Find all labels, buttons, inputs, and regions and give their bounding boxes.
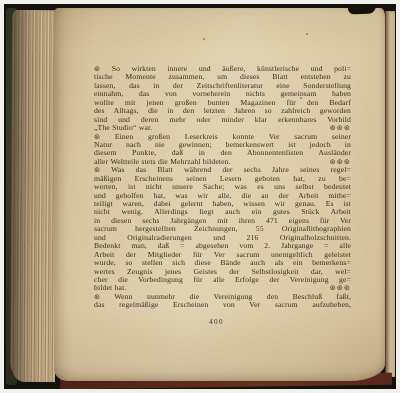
book-photo: ⊛ So wirkten innere und äußere, künstler… (4, 4, 396, 389)
screenshot-frame: ⊛ So wirkten innere und äußere, künstler… (0, 0, 400, 393)
book-page: ⊛ So wirkten innere und äußere, künstler… (54, 8, 385, 381)
line-text: Was das Blatt während der sechs Jahre se… (111, 165, 351, 174)
text-block: ⊛ So wirkten innere und äußere, künstler… (94, 65, 351, 310)
paragraph: ⊛ So wirkten innere und äußere, künstler… (94, 65, 351, 133)
next-page-edge (385, 11, 395, 377)
page-number: 400 (88, 318, 345, 326)
text-line: cher die Vorbedingung für alle Erfolge d… (94, 276, 351, 284)
dust-speck (306, 33, 308, 35)
dust-speck (203, 38, 205, 40)
paragraph: ⊛ Wenn nunmehr die Vereinigung den Besch… (94, 293, 351, 310)
paragraph: ⊛ Was das Blatt während der sechs Jahre … (94, 166, 351, 293)
page-edge-stack (10, 10, 57, 382)
text-line: das regelmäßige Erscheinen von Ver sacru… (94, 301, 351, 309)
paragraph: ⊛ Einen großen Leserkreis konnte Ver sac… (94, 133, 351, 167)
paragraph-ornament-icon: ⊛ (94, 165, 100, 174)
